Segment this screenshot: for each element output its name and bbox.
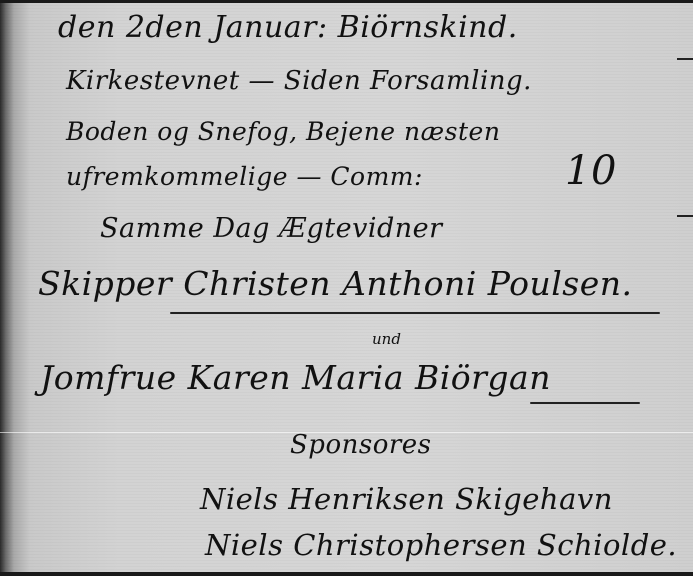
margin-tick-mark [677, 215, 693, 217]
underline-rule [170, 312, 660, 314]
entry-line-4: ufremkommelige — Comm: [66, 162, 423, 191]
underline-rule [530, 402, 640, 404]
communicants-count: 10 [565, 148, 617, 194]
entry-date-line: den 2den Januar: Biörnskind. [58, 10, 518, 45]
page-top-edge [0, 0, 693, 3]
document-page: den 2den Januar: Biörnskind. Kirkestevne… [0, 0, 693, 576]
groom-name: Skipper Christen Anthoni Poulsen. [38, 264, 633, 303]
conjunction-text: und [372, 330, 401, 348]
margin-tick-mark [677, 58, 693, 60]
bride-name: Jomfrue Karen Maria Biörgan [40, 358, 551, 397]
entry-line-2: Kirkestevnet — Siden Forsamling. [66, 66, 532, 96]
entry-line-3: Boden og Snefog, Bejene næsten [66, 117, 500, 146]
sponsor-2-name: Niels Christophersen Schiolde. [205, 528, 677, 562]
sponsor-1-name: Niels Henriksen Skigehavn [200, 482, 613, 516]
page-bottom-edge [0, 572, 693, 576]
entry-witnesses-heading: Samme Dag Ægtevidner [100, 213, 443, 244]
sponsores-heading: Sponsores [290, 430, 432, 460]
